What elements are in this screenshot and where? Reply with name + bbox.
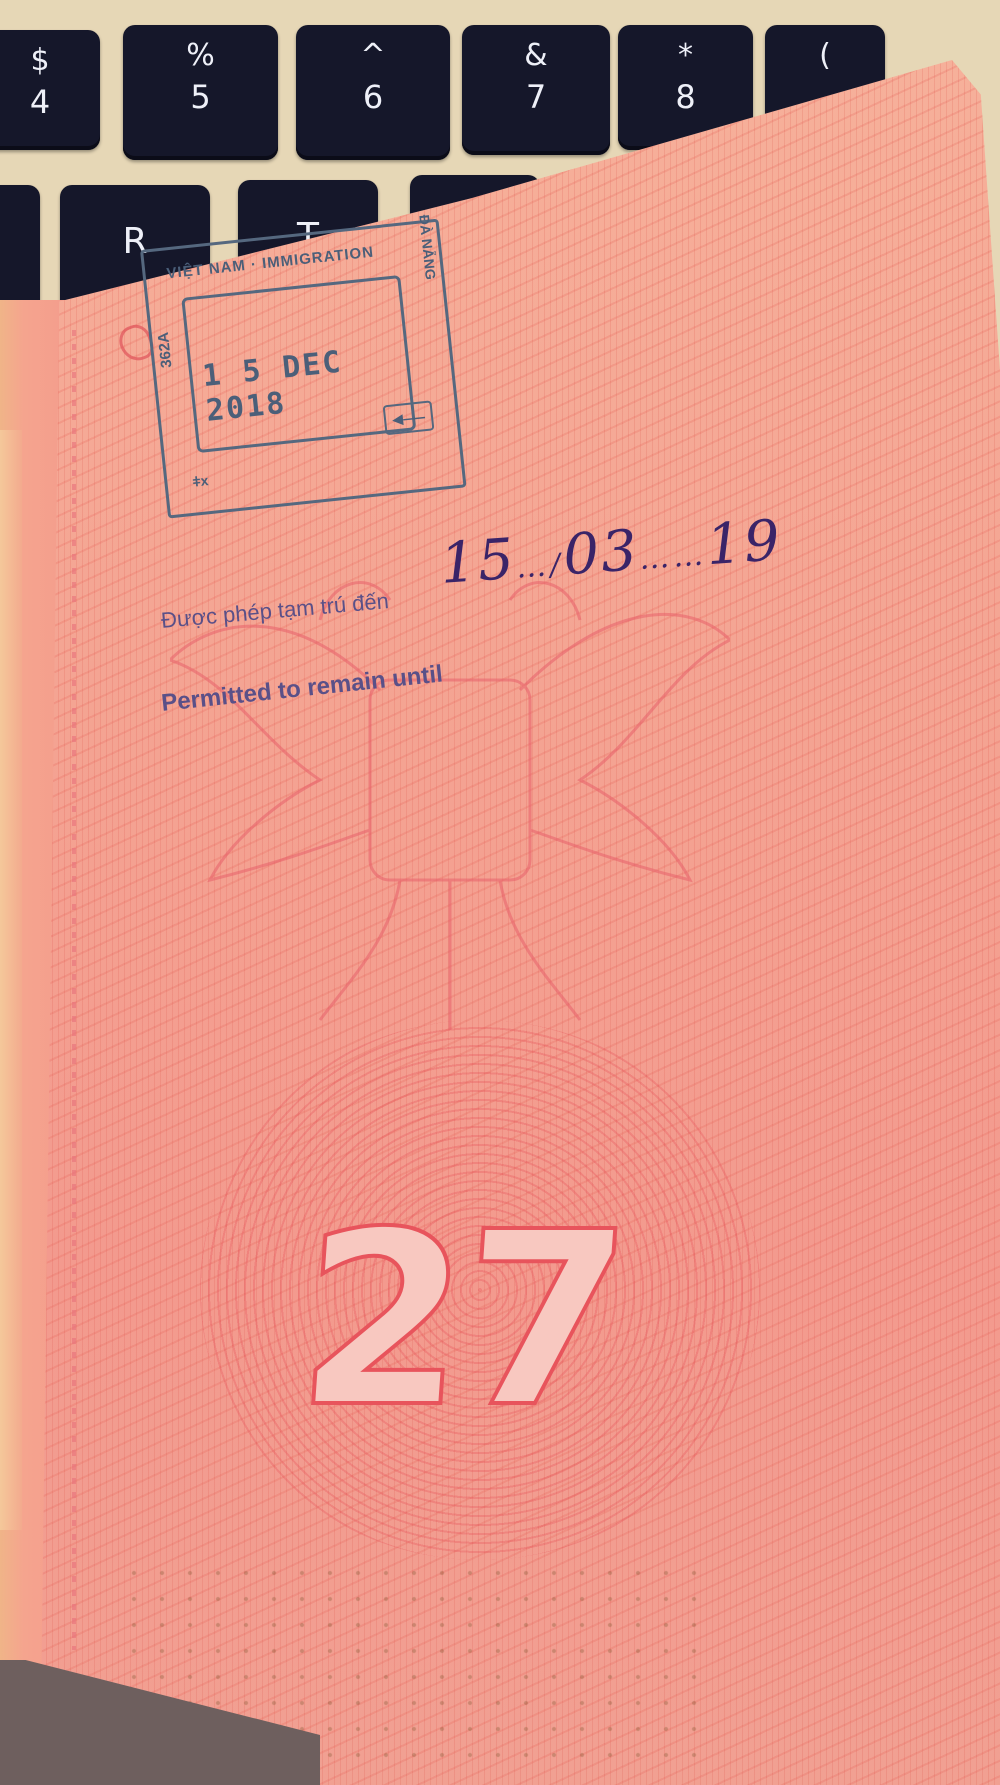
key-6: ^ 6 — [296, 25, 450, 160]
key-4: $ 4 — [0, 30, 100, 150]
stamp-date-box: 1 5 DEC 2018 — [181, 275, 416, 453]
arrow-left-icon: ◂— — [383, 400, 435, 435]
page-number: 27 — [290, 1180, 632, 1460]
key-7: & 7 — [462, 25, 610, 155]
page-edge — [0, 430, 22, 1530]
immigration-stamp: VIỆT NAM · IMMIGRATION 1 5 DEC 2018 362A… — [140, 219, 467, 519]
page-fold — [72, 330, 76, 1650]
key-5: % 5 — [123, 25, 278, 160]
stamp-signature: ǂx — [192, 472, 210, 490]
stamp-date: 1 5 DEC 2018 — [201, 338, 411, 429]
hw-month: 03 — [561, 518, 641, 588]
hw-day: 15 — [438, 527, 518, 597]
hw-year: 19 — [704, 508, 784, 578]
stamp-code: 362A — [155, 331, 176, 368]
